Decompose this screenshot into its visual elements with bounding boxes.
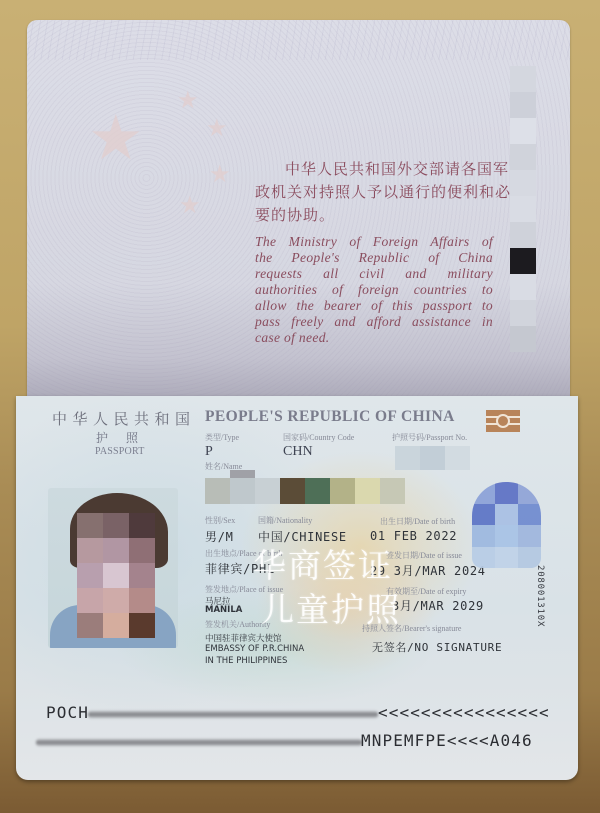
mrz-line1-start: POCH [46, 703, 89, 722]
country-name-en: PEOPLE'S REPUBLIC OF CHINA [205, 408, 455, 426]
ghost-pixel-block [518, 504, 541, 526]
face-pixel-block [77, 613, 103, 638]
date-of-expiry-value: 3月/MAR 2029 [392, 597, 484, 614]
redaction-block [510, 248, 536, 274]
redacted-strip [510, 66, 536, 352]
ministry-request-en-line: authorities of foreign countries to [255, 282, 493, 298]
ministry-request-en-line: the People's Republic of China [255, 250, 493, 266]
watermark-line2: 儿童护照 [261, 584, 401, 631]
ghost-pixel-block [472, 504, 495, 526]
mrz-line1-end: <<<<<<<<<<<<<<<< [378, 703, 550, 722]
passport-no-label: 护照号码/Passport No. [392, 432, 467, 443]
ministry-request-cn-line: 政机关对持照人予以通行的便利和必 [255, 181, 493, 202]
document-title-en: PASSPORT [95, 446, 145, 457]
redaction-block [380, 478, 405, 504]
ministry-request-en-line: case of need. [255, 330, 493, 346]
ghost-pixel-block [472, 525, 495, 547]
authority-value-en: IN THE PHILIPPINES [205, 656, 287, 666]
redaction-block [205, 478, 230, 504]
face-pixel-block [129, 538, 155, 563]
type-value: P [205, 444, 213, 460]
redaction-block [510, 274, 536, 300]
ghost-pixel-block [495, 547, 518, 569]
face-pixel-block [103, 513, 129, 538]
redaction-block [510, 118, 536, 144]
face-pixel-block [103, 613, 129, 638]
ghost-pixel-block [495, 525, 518, 547]
redaction-block [510, 92, 536, 118]
star-icon: ★ [177, 89, 199, 113]
face-pixel-block [77, 513, 103, 538]
redaction-block [255, 478, 280, 504]
mrz-line2-redacted [36, 739, 362, 746]
signature-value: 无签名/NO SIGNATURE [372, 639, 502, 655]
place-of-issue-value-en: MANILA [205, 605, 242, 615]
face-pixel-block [129, 588, 155, 613]
ghost-pixel-block [495, 504, 518, 526]
date-of-issue-label: 签发日期/Date of issue [386, 550, 462, 561]
face-pixel-block [103, 588, 129, 613]
ministry-request-cn-line: 要的协助。 [255, 204, 493, 225]
epassport-chip-icon [486, 410, 520, 432]
redaction-block [510, 222, 536, 248]
ministry-request-en-line: requests all civil and military [255, 266, 493, 282]
redaction-block [330, 478, 355, 504]
name-redacted [205, 478, 405, 504]
vertical-serial-number: 208001310X [535, 565, 545, 627]
document-title-cn: 护照 [96, 429, 156, 446]
holder-photo [48, 488, 178, 648]
star-icon: ★ [88, 108, 144, 170]
ghost-pixel-block [472, 547, 495, 569]
redaction-block [280, 478, 305, 504]
redaction-block [510, 300, 536, 326]
face-pixel-block [77, 538, 103, 563]
face-pixel-block [77, 563, 103, 588]
face-pixel-block [77, 588, 103, 613]
redaction-block [510, 170, 536, 196]
redaction-block [510, 66, 536, 92]
star-icon: ★ [209, 163, 231, 187]
nationality-label: 国籍/Nationality [258, 515, 312, 526]
sex-value: 男/M [205, 528, 234, 545]
sex-label: 性别/Sex [205, 515, 235, 526]
date-of-birth-label: 出生日期/Date of birth [380, 516, 455, 527]
redaction-block [510, 326, 536, 352]
star-icon: ★ [206, 117, 228, 141]
redaction-block [355, 478, 380, 504]
redaction-block [510, 196, 536, 222]
ghost-pixel-block [495, 482, 518, 504]
ministry-request-cn-line: 中华人民共和国外交部请各国军 [285, 158, 493, 179]
face-pixel-block [129, 563, 155, 588]
type-label: 类型/Type [205, 432, 239, 443]
guilloche-pattern [27, 20, 570, 60]
redaction-block [510, 144, 536, 170]
ministry-request-en-line: The Ministry of Foreign Affairs of [255, 234, 493, 250]
watermark-line1: 华商签证 [253, 540, 393, 587]
ghost-photo [472, 482, 541, 568]
country-name-cn: 中华人民共和国 [52, 408, 196, 429]
face-pixel-block [129, 513, 155, 538]
country-code-label: 国家码/Country Code [283, 432, 354, 443]
passport-no-redacted [395, 446, 470, 470]
face-pixel-block [103, 563, 129, 588]
redaction-block [305, 478, 330, 504]
redaction-block [445, 446, 470, 470]
ministry-request-en-line: allow the bearer of this passport to [255, 298, 493, 314]
face-pixel-block [103, 538, 129, 563]
name-redacted [230, 470, 255, 478]
face-pixel-block [129, 613, 155, 638]
ghost-pixel-block [518, 525, 541, 547]
authority-value-cn: 中国驻菲律宾大使馆 [205, 632, 282, 644]
redaction-block [395, 446, 420, 470]
ministry-request-en-line: pass freely and afford assistance in [255, 314, 493, 330]
redaction-block [230, 478, 255, 504]
face-pixelated [77, 513, 155, 638]
redaction-block [420, 446, 445, 470]
star-icon: ★ [179, 194, 201, 218]
mrz-line1-redacted [88, 711, 378, 718]
country-code-value: CHN [283, 444, 313, 460]
mrz-line2-end: MNPEMFPE<<<<A046 [361, 731, 533, 750]
authority-value-en: EMBASSY OF P.R.CHINA [205, 644, 304, 654]
